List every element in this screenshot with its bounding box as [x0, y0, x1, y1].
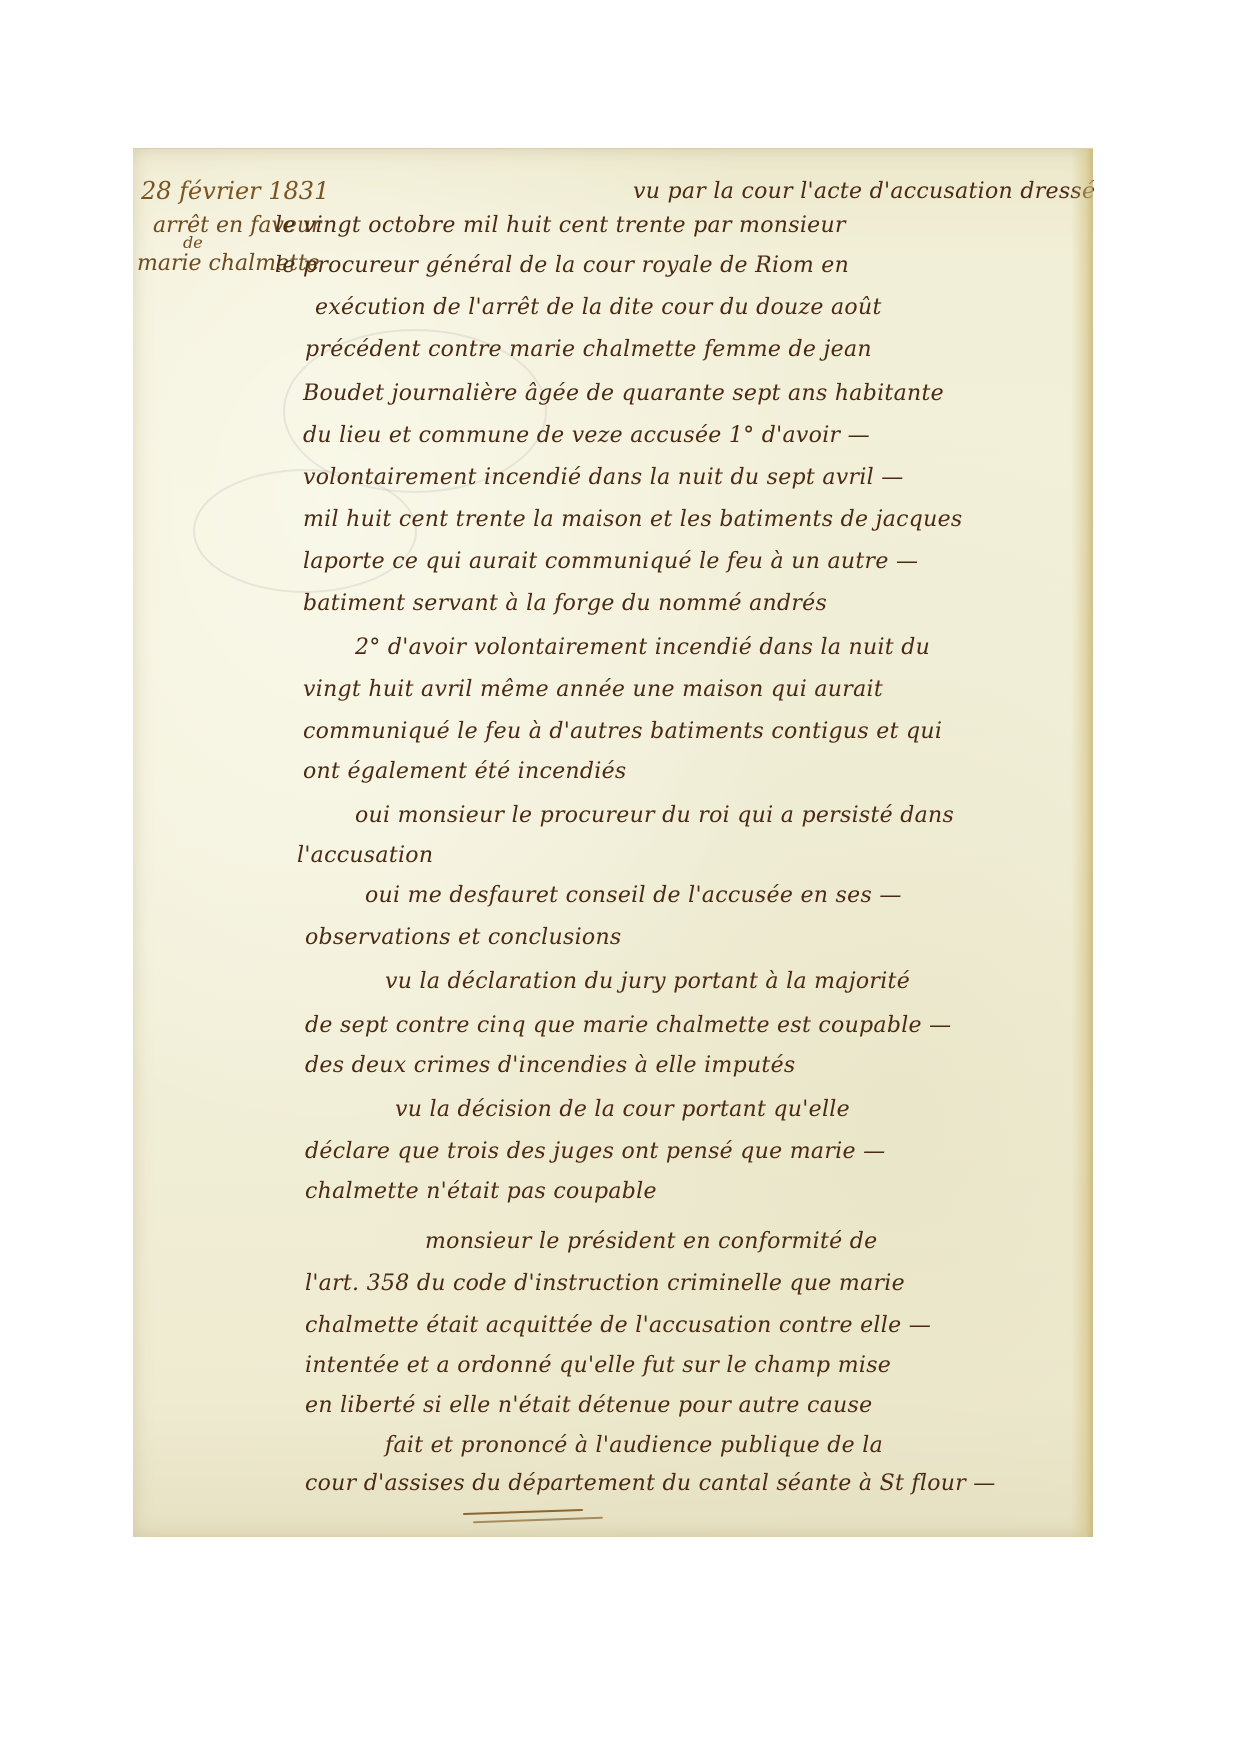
body-line-6: Boudet journalière âgée de quarante sept…: [303, 381, 944, 406]
body-line-32: cour d'assises du département du cantal …: [305, 1471, 996, 1496]
body-line-7: du lieu et commune de veze accusée 1° d'…: [303, 423, 870, 448]
body-line-9: mil huit cent trente la maison et les ba…: [303, 507, 963, 532]
body-line-21: de sept contre cinq que marie chalmette …: [305, 1013, 951, 1038]
margin-note-de: de: [183, 233, 203, 252]
body-line-31: fait et prononcé à l'audience publique d…: [385, 1433, 883, 1458]
manuscript-page: 28 février 1831 arrêt en faveur de marie…: [133, 148, 1093, 1537]
body-line-11: batiment servant à la forge du nommé and…: [303, 591, 827, 616]
body-line-18: oui me desfauret conseil de l'accusée en…: [365, 883, 902, 908]
body-line-27: l'art. 358 du code d'instruction crimine…: [305, 1271, 905, 1296]
body-line-12: 2° d'avoir volontairement incendié dans …: [355, 635, 930, 660]
body-line-28: chalmette était acquittée de l'accusatio…: [305, 1313, 931, 1338]
body-line-29: intentée et a ordonné qu'elle fut sur le…: [305, 1353, 891, 1378]
body-line-22: des deux crimes d'incendies à elle imput…: [305, 1053, 795, 1078]
body-line-13: vingt huit avril même année une maison q…: [303, 677, 883, 702]
body-line-23: vu la décision de la cour portant qu'ell…: [395, 1097, 850, 1122]
body-line-3: le procureur général de la cour royale d…: [275, 253, 849, 278]
body-line-15: ont également été incendiés: [303, 759, 627, 784]
body-line-30: en liberté si elle n'était détenue pour …: [305, 1393, 872, 1418]
body-line-8: volontairement incendié dans la nuit du …: [303, 465, 904, 490]
body-line-25: chalmette n'était pas coupable: [305, 1179, 657, 1204]
body-line-17: l'accusation: [297, 843, 433, 868]
body-line-10: laporte ce qui aurait communiqué le feu …: [303, 549, 918, 574]
body-line-19: observations et conclusions: [305, 925, 622, 950]
margin-date: 28 février 1831: [141, 177, 329, 205]
body-line-2: le vingt octobre mil huit cent trente pa…: [275, 213, 846, 238]
body-line-24: déclare que trois des juges ont pensé qu…: [305, 1139, 885, 1164]
body-line-26: monsieur le président en conformité de: [425, 1229, 877, 1254]
body-line-14: communiqué le feu à d'autres batiments c…: [303, 719, 942, 744]
closing-flourish: [463, 1509, 583, 1515]
body-line-4: exécution de l'arrêt de la dite cour du …: [315, 295, 882, 320]
body-line-5: précédent contre marie chalmette femme d…: [305, 337, 872, 362]
body-line-1: vu par la cour l'acte d'accusation dress…: [633, 179, 1095, 204]
body-line-20: vu la déclaration du jury portant à la m…: [385, 969, 910, 994]
body-line-16: oui monsieur le procureur du roi qui a p…: [355, 803, 954, 828]
closing-flourish: [473, 1517, 603, 1524]
